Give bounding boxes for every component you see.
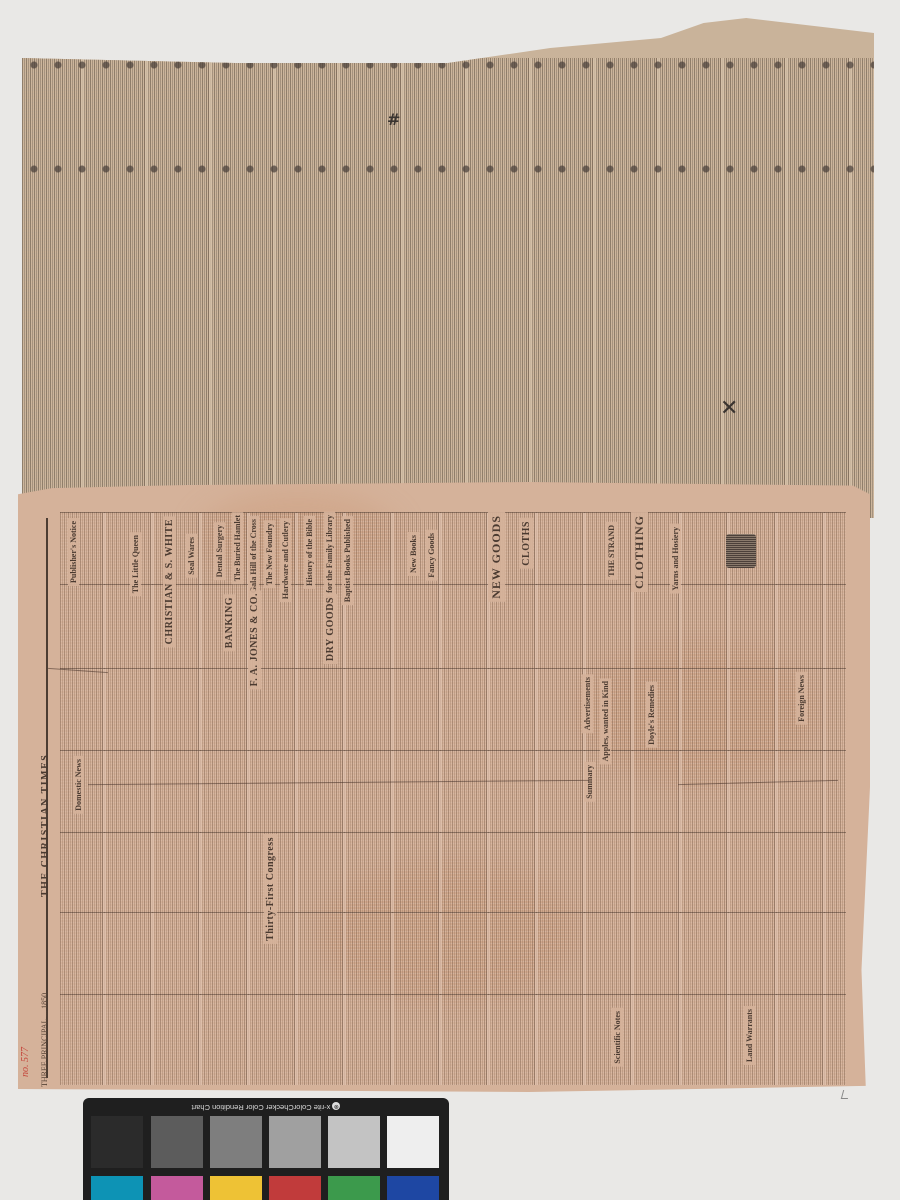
column-row-2 <box>60 584 846 669</box>
bullet-row <box>22 60 874 70</box>
red-patch <box>269 1176 321 1200</box>
headline: Summary <box>584 762 595 802</box>
headline: NEW GOODS <box>488 512 505 602</box>
headline: THE STRAND <box>606 522 617 580</box>
color-checker-chart: ⊗x-rite ColorChecker Color Rendition Cha… <box>83 1098 449 1200</box>
column-row-4 <box>60 750 846 833</box>
ink-mark: # <box>387 110 400 129</box>
headline: New Books <box>408 532 419 576</box>
headline: CHRISTIAN & S. WHITE <box>163 516 176 647</box>
headline: The Buried Hamlet <box>232 512 243 584</box>
headline: BANKING <box>223 594 236 651</box>
headline: Advertisements <box>582 674 593 733</box>
text-band-4 <box>22 284 874 357</box>
headline: Baptist Books Published <box>342 516 353 605</box>
headline: Domestic News <box>73 756 84 814</box>
column-row-6 <box>60 912 846 995</box>
headline: F. A. JONES & CO. <box>248 590 261 689</box>
bullet-row <box>22 164 874 174</box>
column-row-3 <box>60 668 846 751</box>
column-row-7 <box>60 994 846 1085</box>
headline: Foreign News <box>796 672 807 725</box>
pencil-tick-mark <box>841 1090 850 1099</box>
gray-patch-5 <box>328 1116 380 1168</box>
yellow-patch <box>210 1176 262 1200</box>
cross-mark: ✕ <box>720 396 738 421</box>
headline: Seal Wares <box>186 534 197 578</box>
headline: Publisher's Notice <box>68 518 79 586</box>
headline: Scientific Notes <box>612 1008 623 1067</box>
headline: CLOTHS <box>520 518 533 569</box>
pencil-annotation: no. 577 <box>20 1047 31 1077</box>
headline: Fancy Goods <box>426 530 437 581</box>
headline: The New Foundry <box>264 520 275 588</box>
gray-patch-1 <box>91 1116 143 1168</box>
white-patch <box>387 1116 439 1168</box>
headline: History of the Bible <box>304 516 315 589</box>
headline: Thirty-First Congress <box>264 834 277 944</box>
magenta-patch <box>151 1176 203 1200</box>
headline: CLOTHING <box>631 512 648 592</box>
blue-patch <box>387 1176 439 1200</box>
top-newspaper-sheet: # ✕ <box>22 18 874 518</box>
bottom-newspaper-sheet: THE CHRISTIAN TIMES THREE PRINCIPAL ... … <box>18 482 870 1092</box>
gray-patch-4 <box>269 1116 321 1168</box>
cyan-patch <box>91 1176 143 1200</box>
text-band-5 <box>22 356 874 429</box>
x-rite-logo-icon: ⊗ <box>332 1102 340 1110</box>
headline: Land Warrants <box>744 1006 755 1065</box>
checker-label: x-rite ColorChecker Color Rendition Char… <box>192 1103 331 1112</box>
column-row-5 <box>60 832 846 913</box>
headline: Yarns and Hosiery <box>670 524 681 594</box>
green-patch <box>328 1176 380 1200</box>
text-band-3 <box>22 210 874 285</box>
headline: DRY GOODS <box>324 594 337 664</box>
headline: Doyle's Remedies <box>646 682 657 748</box>
headline: Hardware and Cutlery <box>280 518 291 602</box>
gray-patch-2 <box>151 1116 203 1168</box>
headline: Dental Surgery <box>214 522 225 580</box>
illustration-engraving <box>726 534 756 568</box>
headline: The Little Queen <box>130 532 141 596</box>
gray-patch-3 <box>210 1116 262 1168</box>
headline: Gala Hill of the Cross <box>248 516 259 596</box>
masthead-title: THE CHRISTIAN TIMES <box>40 737 54 897</box>
masthead-date: THREE PRINCIPAL ... 1850 <box>40 977 54 1087</box>
headline: Apples, wanted in Kind <box>600 678 611 764</box>
